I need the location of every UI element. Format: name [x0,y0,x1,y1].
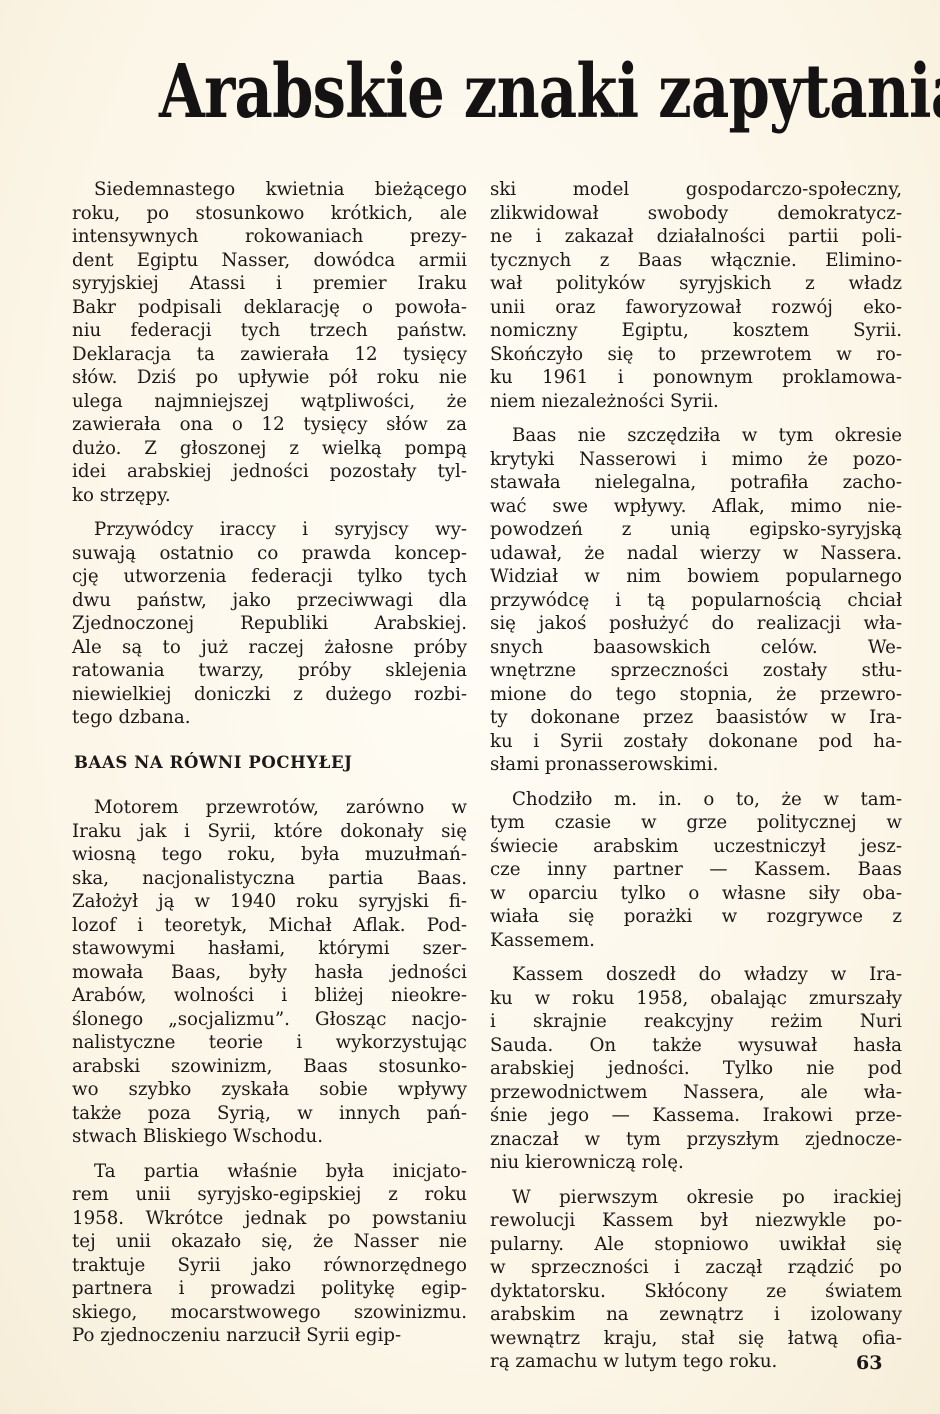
text-line: ty dokonane przez baasistów w Ira- [490,706,902,730]
text-line: wiosną tego roku, była muzułmań- [72,843,467,867]
text-line: tym czasie w grze politycznej w [490,811,902,835]
text-line: dużo. Z głoszonej z wielką pompą [72,437,467,461]
right-column: ski model gospodarczo-społeczny,zlikwido… [490,178,902,1385]
text-line: nalistyczne teorie i wykorzystując [72,1031,467,1055]
text-line: także poza Syrią, w innych pań- [72,1102,467,1126]
text-line: niu kierowniczą rolę. [490,1151,902,1175]
text-line: intensywnych rokowaniach prezy- [72,225,467,249]
text-line: znaczał w tym przyszłym zjednocze- [490,1128,902,1152]
text-line: Ta partia właśnie była inicjato- [72,1160,467,1184]
text-line: wewnątrz kraju, stał się łatwą ofia- [490,1327,902,1351]
text-line: i skrajnie reakcyjny reżim Nuri [490,1010,902,1034]
text-line: dwu państw, jako przeciwwagi dla [72,589,467,613]
text-line: słów. Dziś po upływie pół roku nie [72,366,467,390]
text-line: cze inny partner — Kassem. Baas [490,858,902,882]
text-line: rą zamachu w lutym tego roku. [490,1350,902,1374]
text-line: mione do tego stopnia, że przewro- [490,683,902,707]
text-line: śnie jego — Kassema. Irakowi prze- [490,1104,902,1128]
text-line: rewolucji Kassem był niezwykle po- [490,1209,902,1233]
text-line: ski model gospodarczo-społeczny, [490,178,902,202]
text-line: krytyki Nasserowi i mimo że pozo- [490,448,902,472]
text-line: stawowymi hasłami, którymi szer- [72,937,467,961]
text-line: partnera i prowadzi politykę egip- [72,1277,467,1301]
text-line: dent Egiptu Nasser, dowódca armii [72,249,467,273]
text-line: arabski szowinizm, Baas stosunko- [72,1055,467,1079]
text-line: Sauda. On także wysuwał hasła [490,1034,902,1058]
text-line: niu federacji tych trzech państw. [72,319,467,343]
paragraph: ski model gospodarczo-społeczny,zlikwido… [490,178,902,413]
text-line: wnętrzne sprzeczności zostały stłu- [490,659,902,683]
paragraph: Baas nie szczędziła w tym okresiekrytyki… [490,424,902,777]
text-line: Widział w nim bowiem popularnego [490,565,902,589]
paragraph: W pierwszym okresie po irackiejrewolucji… [490,1186,902,1374]
text-line: powodzeń z unią egipsko-syryjską [490,518,902,542]
text-line: ślonego „socjalizmu”. Głosząc nacjo- [72,1008,467,1032]
text-line: Bakr podpisali deklarację o powoła- [72,296,467,320]
text-line: Założył ją w 1940 roku syryjski fi- [72,890,467,914]
text-line: traktuje Syrii jako równorzędnego [72,1254,467,1278]
text-line: ku i Syrii zostały dokonane pod ha- [490,730,902,754]
text-line: dyktatorsku. Skłócony ze światem [490,1280,902,1304]
text-line: Zjednoczonej Republiki Arabskiej. [72,612,467,636]
text-line: Kassemem. [490,929,902,953]
left-column: Siedemnastego kwietnia bieżącegoroku, po… [72,178,467,1359]
text-line: arabskiej jedności. Tylko nie pod [490,1057,902,1081]
text-line: Skończyło się to przewrotem w ro- [490,343,902,367]
text-line: mowała Baas, były hasła jedności [72,961,467,985]
text-line: cję utworzenia federacji tylko tych [72,565,467,589]
text-line: idei arabskiej jedności pozostały tyl- [72,460,467,484]
text-line: niewielkiej doniczki z dużego rozbi- [72,683,467,707]
text-line: w oparciu tylko o własne siły oba- [490,882,902,906]
paragraph: Motorem przewrotów, zarówno wIraku jak i… [72,796,467,1149]
text-line: Arabów, wolności i bliżej nieokre- [72,984,467,1008]
paragraph: Przywódcy iraccy i syryjscy wy-suwają os… [72,518,467,730]
page-number: 63 [856,1352,882,1374]
text-line: Motorem przewrotów, zarówno w [72,796,467,820]
text-line: Baas nie szczędziła w tym okresie [490,424,902,448]
text-line: Chodziło m. in. o to, że w tam- [490,788,902,812]
text-line: unii oraz faworyzował rozwój eko- [490,296,902,320]
text-line: stawała nielegalna, potrafiła zacho- [490,471,902,495]
text-line: ne i zakazał działalności partii poli- [490,225,902,249]
text-line: arabskim na zewnątrz i izolowany [490,1303,902,1327]
text-line: ko strzępy. [72,484,467,508]
text-line: Siedemnastego kwietnia bieżącego [72,178,467,202]
text-line: snych baasowskich celów. We- [490,636,902,660]
text-line: zawierała ona o 12 tysięcy słów za [72,413,467,437]
paragraph: Chodziło m. in. o to, że w tam-tym czasi… [490,788,902,953]
text-line: roku, po stosunkowo krótkich, ale [72,202,467,226]
text-line: niem niezależności Syrii. [490,390,902,414]
text-line: w sprzeczności i zaczął rządzić po [490,1256,902,1280]
magazine-page: Arabskie znaki zapytania Siedemnastego k… [0,0,940,1414]
text-line: ulega najmniejszej wątpliwości, że [72,390,467,414]
text-line: udawał, że nadal wierzy w Nassera. [490,542,902,566]
text-line: Ale są to już raczej żałosne próby [72,636,467,660]
article-title: Arabskie znaki zapytania [159,42,791,142]
paragraph: Kassem doszedł do władzy w Ira-ku w roku… [490,963,902,1175]
text-line: Deklaracja ta zawierała 12 tysięcy [72,343,467,367]
section-heading: BAAS NA RÓWNI POCHYŁEJ [74,751,467,775]
text-line: wo szybko zyskała sobie wpływy [72,1078,467,1102]
text-line: syryjskiej Atassi i premier Iraku [72,272,467,296]
text-line: słami pronasserowskimi. [490,753,902,777]
paragraph: Siedemnastego kwietnia bieżącegoroku, po… [72,178,467,507]
text-line: ska, nacjonalistyczna partia Baas. [72,867,467,891]
text-line: ku w roku 1958, obalając zmurszały [490,987,902,1011]
text-line: suwają ostatnio co prawda koncep- [72,542,467,566]
text-line: Przywódcy iraccy i syryjscy wy- [72,518,467,542]
text-line: pularny. Ale stopniowo uwikłał się [490,1233,902,1257]
text-line: Kassem doszedł do władzy w Ira- [490,963,902,987]
text-line: rem unii syryjsko-egipskiej z roku [72,1183,467,1207]
text-line: przywódcę i tą popularnością chciał [490,589,902,613]
text-line: wać swe wpływy. Aflak, mimo nie- [490,495,902,519]
text-line: przewodnictwem Nassera, ale wła- [490,1081,902,1105]
text-line: 1958. Wkrótce jednak po powstaniu [72,1207,467,1231]
text-line: tej unii okazało się, że Nasser nie [72,1230,467,1254]
text-line: wał polityków syryjskich z władz [490,272,902,296]
text-line: skiego, mocarstwowego szowinizmu. [72,1301,467,1325]
text-line: nomiczny Egiptu, kosztem Syrii. [490,319,902,343]
text-line: tego dzbana. [72,706,467,730]
text-line: W pierwszym okresie po irackiej [490,1186,902,1210]
text-line: wiała się porażki w rozgrywce z [490,905,902,929]
paragraph: Ta partia właśnie była inicjato-rem unii… [72,1160,467,1348]
text-line: Iraku jak i Syrii, które dokonały się [72,820,467,844]
text-line: świecie arabskim uczestniczył jesz- [490,835,902,859]
text-line: lozof i teoretyk, Michał Aflak. Pod- [72,914,467,938]
text-line: zlikwidował swobody demokratycz- [490,202,902,226]
text-line: ratowania twarzy, próby sklejenia [72,659,467,683]
text-line: ku 1961 i ponownym proklamowa- [490,366,902,390]
text-line: się jakoś posłużyć do realizacji wła- [490,612,902,636]
text-line: Po zjednoczeniu narzucił Syrii egip- [72,1324,467,1348]
text-line: tycznych z Baas włącznie. Elimino- [490,249,902,273]
text-line: stwach Bliskiego Wschodu. [72,1125,467,1149]
